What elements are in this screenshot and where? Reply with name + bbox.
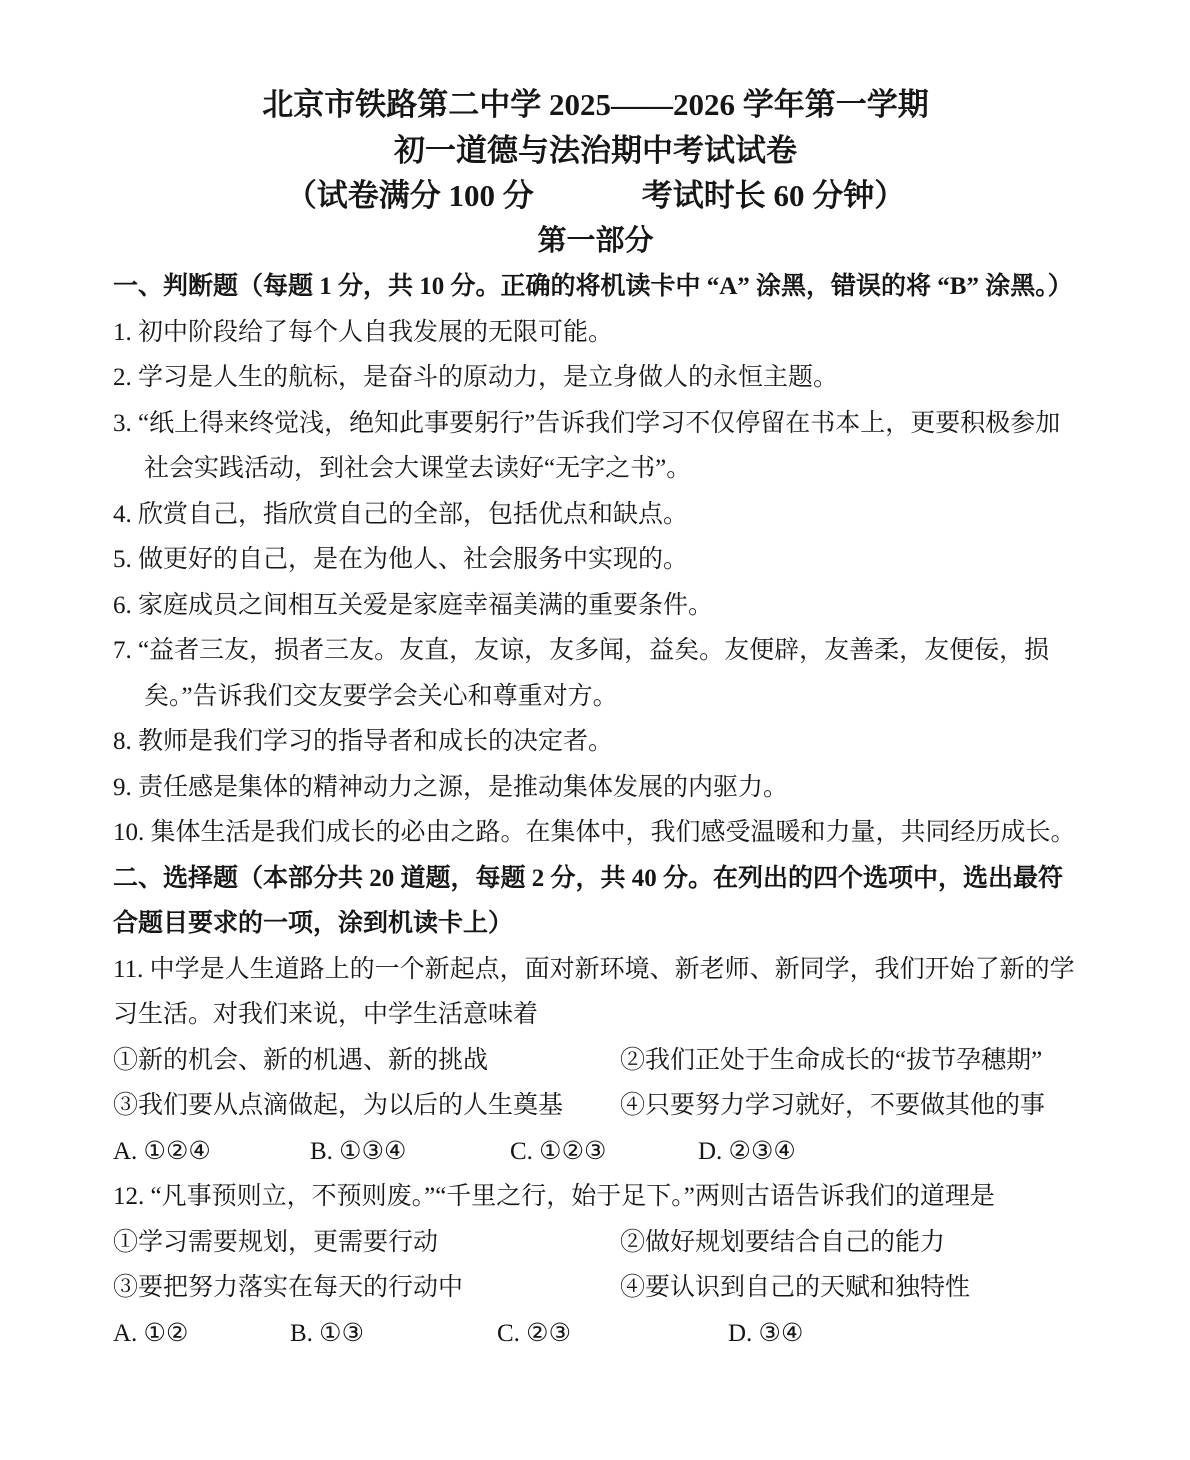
part-one-label: 第一部分 xyxy=(113,219,1078,265)
judgement-question-4: 4. 欣赏自己，指欣赏自己的全部，包括优点和缺点。 xyxy=(113,492,1078,538)
school-year-title: 北京市铁路第二中学 2025——2026 学年第一学期 xyxy=(113,82,1078,128)
question-12-answer-choices: A. ①② B. ①③ C. ②③ D. ③④ xyxy=(113,1311,1078,1357)
q11-option-2: ②我们正处于生命成长的“拔节孕穗期” xyxy=(620,1038,1042,1084)
exam-meta-line: （试卷满分 100 分考试时长 60 分钟） xyxy=(113,173,1078,219)
judgement-question-10: 10. 集体生活是我们成长的必由之路。在集体中，我们感受温暖和力量，共同经历成长… xyxy=(113,810,1078,856)
q11-option-3: ③我们要从点滴做起，为以后的人生奠基 xyxy=(113,1083,620,1129)
judgement-question-2: 2. 学习是人生的航标，是奋斗的原动力，是立身做人的永恒主题。 xyxy=(113,355,1078,401)
question-11-options-row2: ③我们要从点滴做起，为以后的人生奠基 ④只要努力学习就好，不要做其他的事 xyxy=(113,1083,1078,1129)
choice-question-12-stem: 12. “凡事预则立，不预则废。”“千里之行，始于足下。”两则古语告诉我们的道理… xyxy=(113,1174,1078,1220)
judgement-question-5: 5. 做更好的自己，是在为他人、社会服务中实现的。 xyxy=(113,537,1078,583)
judgement-question-7: 7. “益者三友，损者三友。友直，友谅，友多闻，益矣。友便辟，友善柔，友便佞，损… xyxy=(113,628,1078,719)
q12-option-3: ③要把努力落实在每天的行动中 xyxy=(113,1265,620,1311)
q11-answer-a: A. ①②④ xyxy=(113,1129,310,1175)
question-12-options-row2: ③要把努力落实在每天的行动中 ④要认识到自己的天赋和独特性 xyxy=(113,1265,1078,1311)
q11-option-1: ①新的机会、新的机遇、新的挑战 xyxy=(113,1038,620,1084)
choice-section-heading: 二、选择题（本部分共 20 道题，每题 2 分，共 40 分。在列出的四个选项中… xyxy=(113,856,1078,947)
judgement-question-6: 6. 家庭成员之间相互关爱是家庭幸福美满的重要条件。 xyxy=(113,583,1078,629)
q12-answer-d: D. ③④ xyxy=(728,1311,803,1357)
q12-option-1: ①学习需要规划，更需要行动 xyxy=(113,1220,620,1266)
exam-paper-page: 北京市铁路第二中学 2025——2026 学年第一学期 初一道德与法治期中考试试… xyxy=(0,0,1190,1460)
choice-question-11-stem: 11. 中学是人生道路上的一个新起点，面对新环境、新老师、新同学，我们开始了新的… xyxy=(113,947,1078,1038)
judgement-question-8: 8. 教师是我们学习的指导者和成长的决定者。 xyxy=(113,719,1078,765)
question-11-options-row1: ①新的机会、新的机遇、新的挑战 ②我们正处于生命成长的“拔节孕穗期” xyxy=(113,1038,1078,1084)
judgement-section-heading: 一、判断题（每题 1 分，共 10 分。正确的将机读卡中 “A” 涂黑，错误的将… xyxy=(113,264,1078,310)
q11-option-4: ④只要努力学习就好，不要做其他的事 xyxy=(620,1083,1045,1129)
q12-answer-b: B. ①③ xyxy=(290,1311,497,1357)
q12-option-2: ②做好规划要结合自己的能力 xyxy=(620,1220,945,1266)
exam-title: 初一道德与法治期中考试试卷 xyxy=(113,128,1078,174)
q12-option-4: ④要认识到自己的天赋和独特性 xyxy=(620,1265,970,1311)
exam-duration: 考试时长 60 分钟） xyxy=(642,173,906,219)
judgement-question-1: 1. 初中阶段给了每个人自我发展的无限可能。 xyxy=(113,310,1078,356)
exam-full-score: （试卷满分 100 分 xyxy=(286,178,534,213)
judgement-question-3: 3. “纸上得来终觉浅，绝知此事要躬行”告诉我们学习不仅停留在书本上，更要积极参… xyxy=(113,401,1078,492)
question-12-options-row1: ①学习需要规划，更需要行动 ②做好规划要结合自己的能力 xyxy=(113,1220,1078,1266)
judgement-question-9: 9. 责任感是集体的精神动力之源，是推动集体发展的内驱力。 xyxy=(113,765,1078,811)
q12-answer-a: A. ①② xyxy=(113,1311,290,1357)
q11-answer-b: B. ①③④ xyxy=(310,1129,510,1175)
q11-answer-d: D. ②③④ xyxy=(698,1129,796,1175)
question-11-answer-choices: A. ①②④ B. ①③④ C. ①②③ D. ②③④ xyxy=(113,1129,1078,1175)
q12-answer-c: C. ②③ xyxy=(497,1311,728,1357)
q11-answer-c: C. ①②③ xyxy=(510,1129,698,1175)
